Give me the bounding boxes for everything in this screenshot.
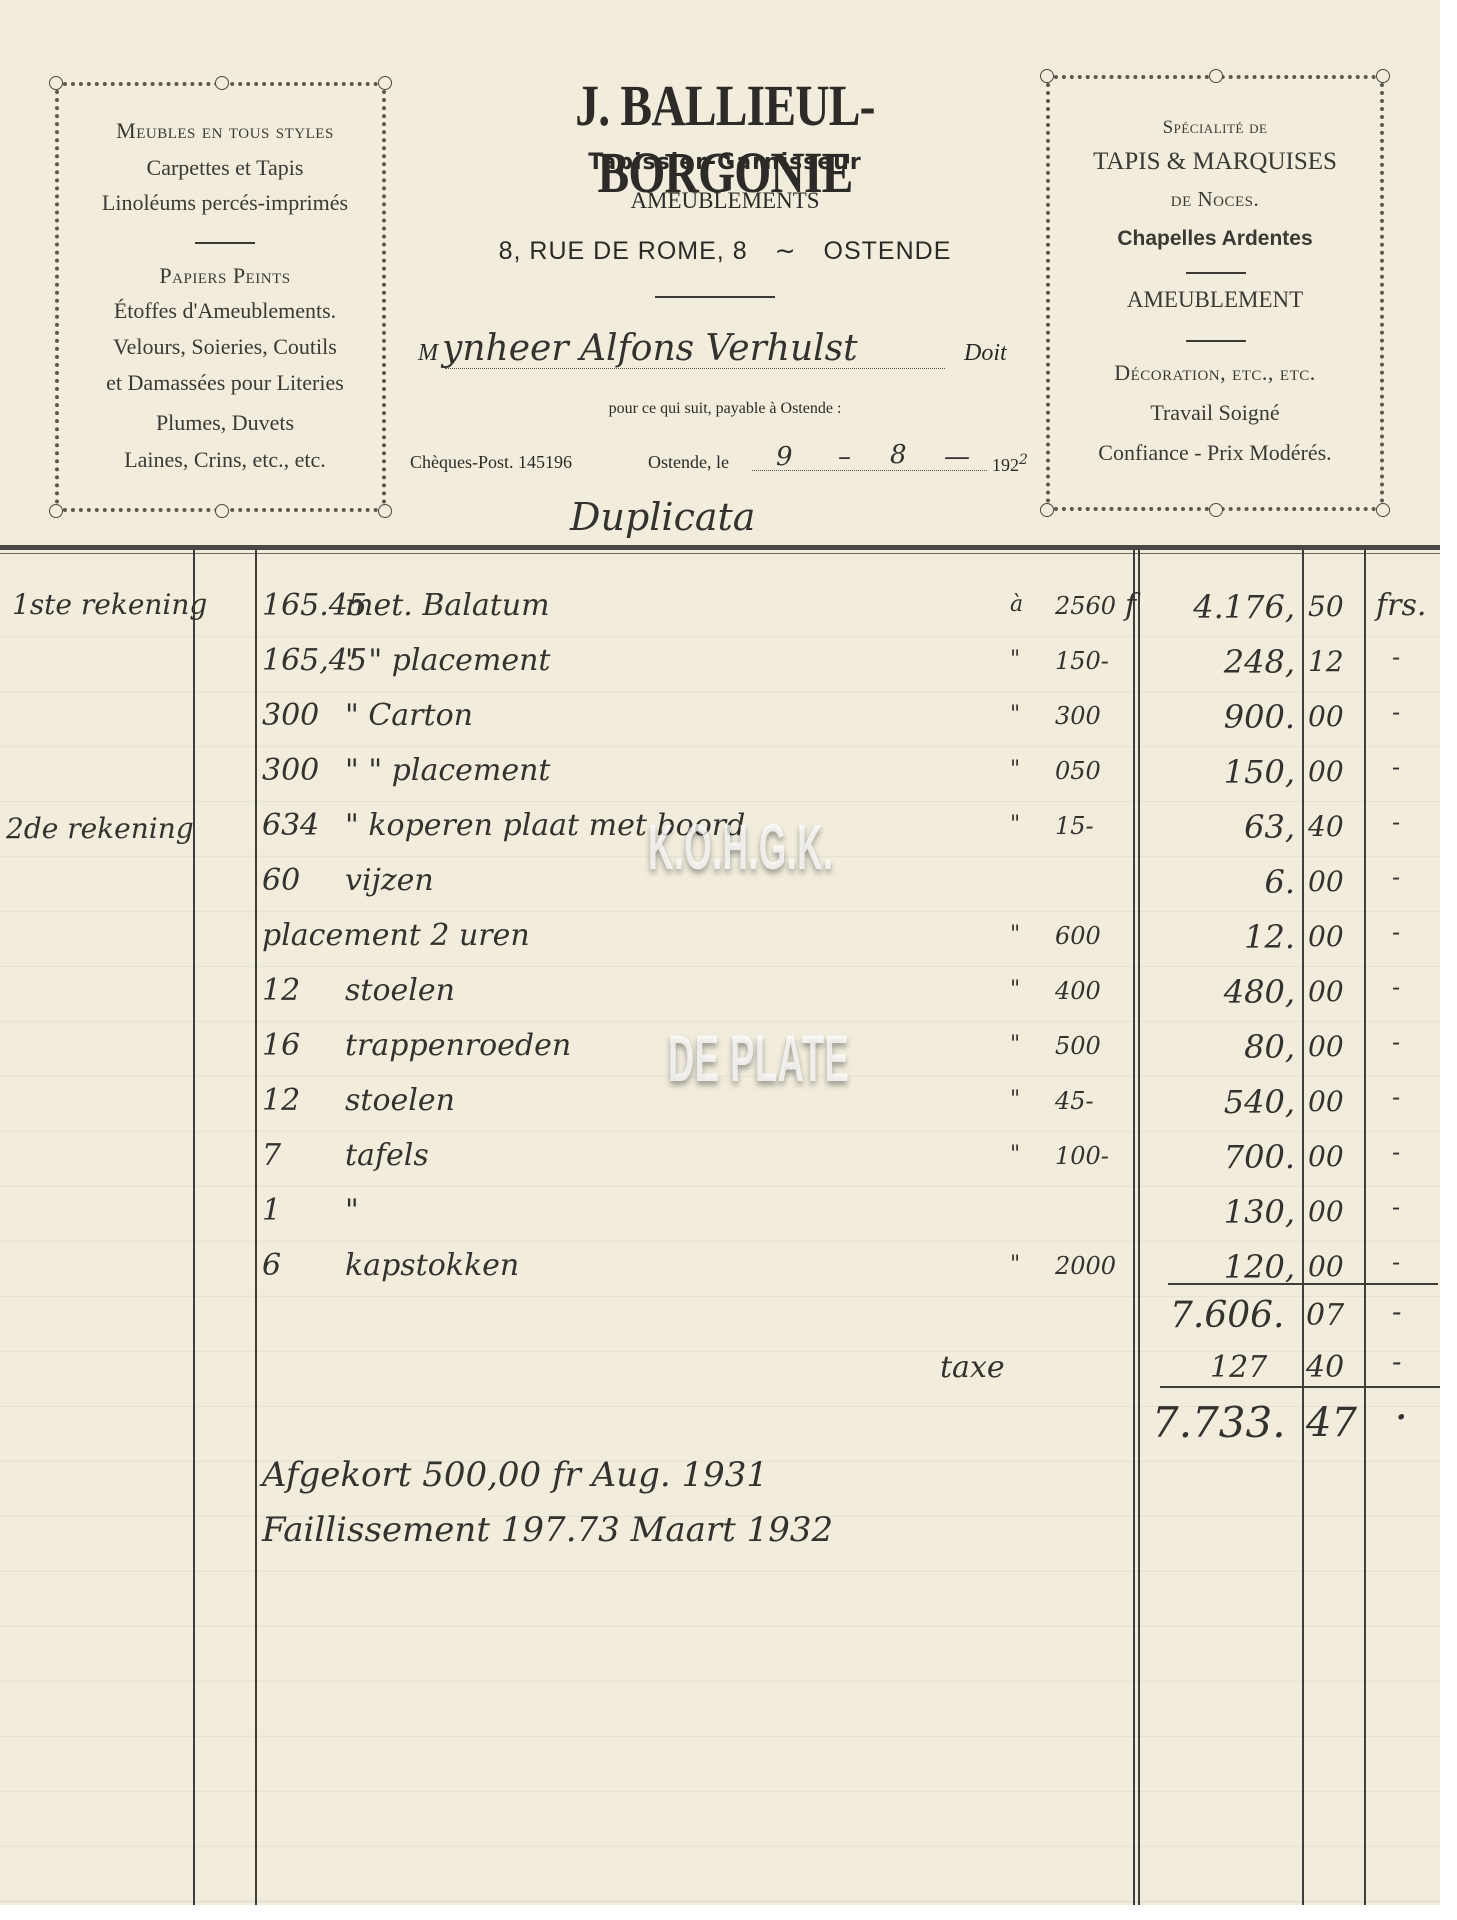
- row-cents: 00: [1308, 1140, 1344, 1173]
- left-box-line-6: Velours, Soieries, Coutils: [60, 334, 390, 360]
- watermark-kohgk: K.O.H.G.K.: [648, 810, 833, 884]
- row-rate: 050: [1055, 757, 1101, 785]
- right-box-line-6: Décoration, etc., etc.: [1050, 360, 1380, 386]
- right-box-line-3: de Noces.: [1050, 187, 1380, 212]
- right-box-line-4: Chapelles Ardentes: [1050, 227, 1380, 251]
- left-box-line-9: Laines, Crins, etc., etc.: [60, 447, 390, 473]
- tax-mark: -: [1392, 1345, 1401, 1378]
- row-description: vijzen: [345, 863, 434, 898]
- row-rate-prefix: ": [1010, 1087, 1020, 1112]
- row-cents: 50: [1308, 590, 1344, 623]
- row-mark: -: [1392, 1193, 1400, 1221]
- row-rate: 400: [1055, 977, 1101, 1005]
- tilde-ornament: ∼: [756, 236, 816, 266]
- row-francs: 130,: [1224, 1193, 1295, 1231]
- date-year-printed: 192: [992, 455, 1019, 475]
- col-line-description: [255, 550, 257, 1905]
- row-rate-prefix: ": [1010, 1142, 1020, 1167]
- row-qty: 60: [262, 863, 300, 898]
- row-francs: 540,: [1224, 1083, 1295, 1121]
- row-cents: 40: [1308, 810, 1344, 843]
- left-box-line-7: et Damassées pour Literies: [60, 370, 390, 396]
- row-description: kapstokken: [345, 1248, 519, 1283]
- date-dash-2: —: [944, 442, 970, 472]
- row-qty: 12: [262, 973, 300, 1008]
- left-box-line-4: Papiers Peints: [60, 263, 390, 289]
- row-rate: 500: [1055, 1032, 1101, 1060]
- row-rate-prefix: ": [1010, 647, 1020, 672]
- row-description: trappenroeden: [345, 1028, 571, 1063]
- row-mark: -: [1392, 863, 1400, 891]
- row-qty: 12: [262, 1083, 300, 1118]
- row-mark: -: [1392, 918, 1400, 946]
- company-category: AMEUBLEMENTS: [400, 188, 1050, 214]
- row-rate-prefix: ": [1010, 977, 1020, 1002]
- right-box-divider-1: [1186, 272, 1246, 274]
- row-qty: 7: [262, 1138, 281, 1173]
- row-francs: 4.176,: [1193, 588, 1295, 626]
- doit-label: Doit: [964, 340, 1007, 367]
- addressee-name: ynheer Alfons Verhulst: [442, 328, 858, 369]
- right-box-line-8: Confiance - Prix Modérés.: [1050, 440, 1380, 466]
- ledger-top-rule: [0, 545, 1440, 550]
- row-mark: -: [1392, 973, 1400, 1001]
- subtotal-rule: [1168, 1283, 1438, 1285]
- tax-cents: 40: [1306, 1350, 1344, 1385]
- date-year-hand: 2: [1019, 452, 1028, 468]
- row-rate: 45-: [1055, 1087, 1094, 1115]
- row-cents: 00: [1308, 1250, 1344, 1283]
- row-qty: 16: [262, 1028, 300, 1063]
- row-rate: 15-: [1055, 812, 1094, 840]
- header-divider: [655, 296, 775, 298]
- row-qty: 6: [262, 1248, 281, 1283]
- row-francs: 480,: [1224, 973, 1295, 1011]
- row-qty: 1: [262, 1193, 281, 1228]
- note-partial-payment: Afgekort 500,00 fr Aug. 1931: [262, 1455, 768, 1495]
- row-qty: 634: [262, 808, 319, 843]
- right-box-divider-2: [1186, 340, 1246, 342]
- total-cents: 47: [1306, 1400, 1357, 1446]
- row-rate: 2560: [1055, 592, 1116, 620]
- row-rate-prefix: ": [1010, 922, 1020, 947]
- tax-label: taxe: [940, 1350, 1005, 1385]
- cheques-post: Chèques-Post. 145196: [410, 452, 572, 473]
- row-francs: 700.: [1224, 1138, 1295, 1176]
- date-dash-1: –: [838, 442, 851, 472]
- row-cents: 12: [1308, 645, 1344, 678]
- ledger-top-thin-rule: [0, 553, 1440, 554]
- total-rule: [1160, 1386, 1440, 1388]
- subtotal-cents: 07: [1306, 1298, 1344, 1333]
- address-street: 8, RUE DE ROME, 8: [499, 237, 748, 265]
- address-city: OSTENDE: [824, 237, 952, 265]
- row-mark: -: [1392, 808, 1400, 836]
- col-line-cents: [1302, 550, 1304, 1905]
- date-day: 9: [776, 442, 793, 472]
- row-mark: -: [1392, 1083, 1400, 1111]
- row-rate: 150-: [1055, 647, 1109, 675]
- row-description: stoelen: [345, 973, 455, 1008]
- row-cents: 00: [1308, 1195, 1344, 1228]
- row-rate: 2000: [1055, 1252, 1116, 1280]
- row-mark: -: [1392, 1028, 1400, 1056]
- row-description: " " placement: [345, 643, 551, 678]
- company-name: J. BALLIEUL-BORGONIE: [459, 72, 992, 206]
- row-mark: frs.: [1376, 588, 1426, 623]
- row-rate: 600: [1055, 922, 1101, 950]
- row-cents: 00: [1308, 700, 1344, 733]
- row-rate-prefix: ": [1010, 812, 1020, 837]
- row-francs: 12.: [1244, 918, 1295, 956]
- row-cents: 00: [1308, 865, 1344, 898]
- subtotal-mark: -: [1392, 1295, 1401, 1328]
- right-box-line-5: AMEUBLEMENT: [1050, 287, 1380, 313]
- row-francs: 150,: [1224, 753, 1295, 791]
- left-box-line-8: Plumes, Duvets: [60, 410, 390, 436]
- row-description: tafels: [345, 1138, 429, 1173]
- row-description: met. Balatum: [345, 588, 550, 623]
- addressee-dotted-line: [445, 368, 945, 369]
- watermark-de-plate: DE PLATE: [668, 1020, 849, 1096]
- tax-francs: 127: [1210, 1350, 1267, 1385]
- col-line-section: [193, 550, 195, 1905]
- right-box-line-1: Spécialité de: [1050, 117, 1380, 139]
- row-rate-prefix: ": [1010, 702, 1020, 727]
- row-description: placement 2 uren: [262, 918, 530, 953]
- duplicate-mark: Duplicata: [570, 495, 755, 539]
- row-francs: 63,: [1244, 808, 1295, 846]
- row-description: " Carton: [345, 698, 473, 733]
- row-cents: 00: [1308, 975, 1344, 1008]
- row-francs: 6.: [1264, 863, 1295, 901]
- row-description: ": [345, 1193, 359, 1228]
- row-rate: 300: [1055, 702, 1101, 730]
- section-label-2: 2de rekening: [6, 812, 194, 845]
- total-mark: ·: [1396, 1400, 1406, 1435]
- row-qty: 300: [262, 753, 319, 788]
- row-francs: 80,: [1244, 1028, 1295, 1066]
- date-month: 8: [890, 440, 907, 470]
- row-rate: 100-: [1055, 1142, 1109, 1170]
- right-box-line-7: Travail Soigné: [1050, 400, 1380, 426]
- left-box-line-5: Étoffes d'Ameublements.: [60, 298, 390, 324]
- left-box-line-1: Meubles en tous styles: [60, 118, 390, 144]
- left-box-divider: [195, 242, 255, 244]
- col-line-francs-1: [1133, 550, 1135, 1905]
- left-box-line-3: Linoléums percés-imprimés: [60, 190, 390, 216]
- row-description: stoelen: [345, 1083, 455, 1118]
- row-cents: 00: [1308, 920, 1344, 953]
- col-line-francs-2: [1138, 550, 1140, 1905]
- row-rate-prefix: ": [1010, 1032, 1020, 1057]
- row-mark: -: [1392, 698, 1400, 726]
- company-address: 8, RUE DE ROME, 8 ∼ OSTENDE: [400, 236, 1050, 266]
- row-mark: -: [1392, 1138, 1400, 1166]
- date-label: Ostende, le: [648, 452, 729, 473]
- row-francs: 248,: [1224, 643, 1295, 681]
- addressee-prefix: M: [418, 340, 438, 367]
- company-trade: Tapissier-Garnisseur: [400, 150, 1050, 175]
- subtotal-francs: 7.606.: [1170, 1295, 1285, 1336]
- row-qty: 300: [262, 698, 319, 733]
- col-line-mark: [1364, 550, 1366, 1905]
- row-rate-prefix: à: [1010, 592, 1023, 617]
- total-francs: 7.733.: [1152, 1398, 1286, 1447]
- row-rate-prefix: ": [1010, 1252, 1020, 1277]
- row-unit: f: [1125, 588, 1136, 623]
- note-bankruptcy: Faillissement 197.73 Maart 1932: [262, 1510, 833, 1550]
- row-mark: -: [1392, 1248, 1400, 1276]
- row-rate-prefix: ": [1010, 757, 1020, 782]
- row-cents: 00: [1308, 1030, 1344, 1063]
- row-description: " " placement: [345, 753, 551, 788]
- row-cents: 00: [1308, 1085, 1344, 1118]
- row-cents: 00: [1308, 755, 1344, 788]
- row-mark: -: [1392, 643, 1400, 671]
- left-box-line-2: Carpettes et Tapis: [60, 155, 390, 181]
- section-label-1: 1ste rekening: [12, 588, 207, 621]
- right-box-line-2: TAPIS & MARQUISES: [1050, 148, 1380, 176]
- date-year: 1922: [992, 452, 1028, 476]
- row-mark: -: [1392, 753, 1400, 781]
- row-francs: 900.: [1224, 698, 1295, 736]
- row-francs: 120,: [1224, 1248, 1295, 1286]
- payment-terms: pour ce qui suit, payable à Ostende :: [400, 400, 1050, 418]
